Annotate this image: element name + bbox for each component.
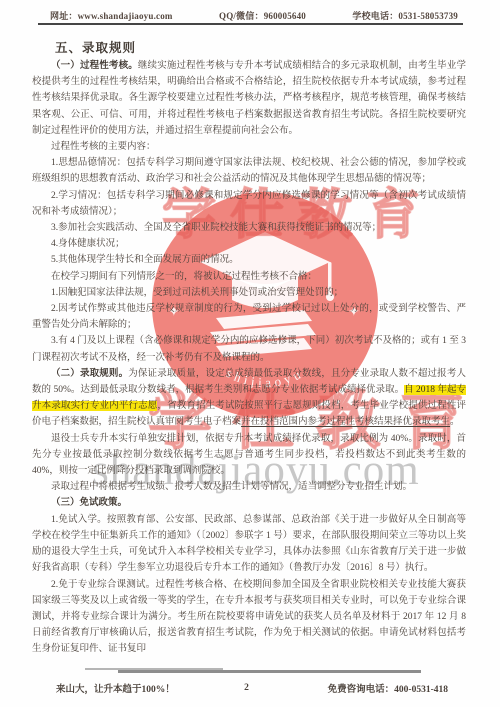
text-run: 并在投档范围内参考过程性考核结果择优录取考生 [241,417,450,427]
paragraph: 1.思想品德情况：包括专科学习期间遵守国家法律法规、校纪校规、社会公德的情况，参… [32,155,466,187]
paragraph: 2.因考试作弊或其他违反学校规章制度的行为，受到过学校记过以上处分的，或受到学校… [32,301,466,333]
paragraph: 3.参加社会实践活动、全国及全省职业院校技能大赛和获得技能证书的情况等； [32,220,466,236]
text-run: 4.身体健康状况； [51,239,125,249]
page-number: 2 [244,683,249,693]
text-run: 2.因考试作弊或其他违反学校规章制度的行为，受到过学校记过以上处分的，或受到学校… [32,304,466,330]
footer-consult-phone: 免费咨询电话：400-0531-418 [328,681,448,695]
paragraph: 5.其他体现学生特长和全面发展方面的情况。 [32,252,466,268]
text-run: 录取过程中将根据考生成绩、报考人数及招生计划等情况，适当调整分专业招生计划。 [51,482,412,492]
text-run: 继续实施过程性考核与专升本考试成绩相结合的多元录取机制，由考生毕业学校提供考生的… [32,61,466,136]
text-run: 5.其他体现学生特长和全面发展方面的情况。 [51,255,239,265]
document-body: （一）过程性考核。继续实施过程性考核与专升本考试成绩相结合的多元录取机制，由考生… [32,58,466,658]
text-run: （三）免试政策。 [51,498,127,508]
text-run: 在校学习期间有下列情形之一的，将被认定过程性考核不合格： [51,272,317,282]
paragraph: 2.学习情况：包括专科学习期间必修课和规定学分内应修选修课的学习情况等（含初次考… [32,188,466,220]
footer-slogan: 来山大，让升本趋于100%！ [56,681,175,695]
text-run: 2.免于专业综合课测试。过程性考核合格、在校期间参加全国及全省职业院校相关专业技… [32,580,466,655]
paragraph: （二）录取规则。为保证录取质量，设定总成绩最低录取分数线，且分专业录取人数不超过… [32,366,466,431]
paragraph: （三）免试政策。 [32,495,466,511]
paragraph: 录取过程中将根据考生成绩、报考人数及招生计划等情况，适当调整分专业招生计划。 [32,479,466,495]
text-run: 。 [450,417,460,427]
text-run: 1.免试入学。按照教育部、公安部、民政部、总参谋部、总政治部《关于进一步做好从全… [32,515,466,574]
paragraph: 2.免于专业综合课测试。过程性考核合格、在校期间参加全国及全省职业院校相关专业技… [32,577,466,658]
paragraph: 4.身体健康状况； [32,236,466,252]
section-title: 五、录取规则 [55,38,136,56]
text-run: （一）过程性考核。 [51,61,138,71]
paragraph: 3.有 4 门及以上课程（含必修课和规定学分内的应修选修课，下同）初次考试不及格… [32,333,466,365]
text-run: 3.有 4 门及以上课程（含必修课和规定学分内的应修选修课，下同）初次考试不及格… [32,336,466,362]
text-run: （二）录取规则。 [51,369,128,379]
paragraph: （一）过程性考核。继续实施过程性考核与专升本考试成绩相结合的多元录取机制，由考生… [32,58,466,139]
paragraph: 1.免试入学。按照教育部、公安部、民政部、总参谋部、总政治部《关于进一步做好从全… [32,512,466,577]
paragraph: 过程性考核的主要内容： [32,139,466,155]
document-page: 网址：www.shandajiaoyu.com QQ/微信：960005640 … [0,0,500,707]
text-run: 过程性考核的主要内容： [51,142,156,152]
paragraph: 1.因触犯国家法律法规，受到过司法机关刑事处罚或治安管理处罚的； [32,285,466,301]
footer-divider-dark [118,670,421,673]
text-run: 1.因触犯国家法律法规，受到过司法机关刑事处罚或治安管理处罚的； [51,288,343,298]
text-run: 1.思想品德情况：包括专科学习期间遵守国家法律法规、校纪校规、社会公德的情况，参… [32,158,466,184]
page-footer: 来山大，让升本趋于100%！ 2 免费咨询电话：400-0531-418 [56,681,448,695]
paragraph: 退役士兵专升本实行单独安排计划，依据专升本考试成绩择优录取，录取比例为 40%。… [32,431,466,480]
paragraph: 在校学习期间有下列情形之一的，将被认定过程性考核不合格： [32,269,466,285]
text-run: 3.参加社会实践活动、全国及全省职业院校技能大赛和获得技能证书的情况等； [51,223,381,233]
text-run: 2.学习情况：包括专科学习期间必修课和规定学分内应修选修课的学习情况等（含初次考… [32,191,466,217]
text-run: 退役士兵专升本实行单独安排计划，依据专升本考试成绩择优录取，录取比例为 40%。… [32,434,466,476]
